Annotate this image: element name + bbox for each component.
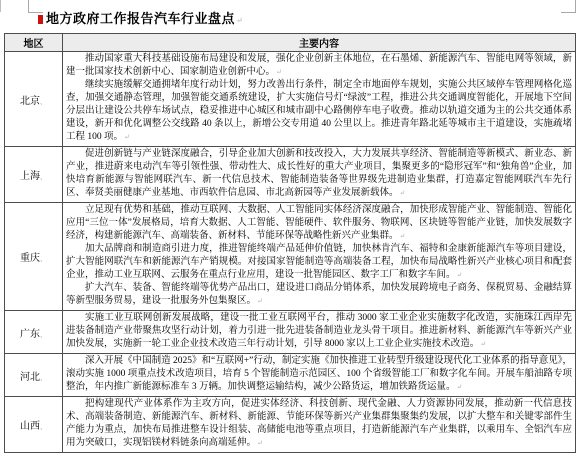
table-row-hebei: 河北、 深入开展《中国制造 2025》和“互联网+”行动，制定实施《加快推进工业… [5, 354, 576, 397]
content-cell: 推动国家重大科技基础设施布局建设和发展，强化企业创新主体地位，在石墨烯、新能源汽… [63, 52, 576, 147]
cell-mark-icon: 、 [40, 423, 47, 431]
region-cell: 河北、 [5, 354, 63, 397]
table-header-row: 地区 主要内容 [5, 34, 576, 52]
content-cell: 深入开展《中国制造 2025》和“互联网+”行动，制定实施《加快推进工业转型升级… [63, 354, 576, 397]
region-cell: 上海、 [5, 147, 63, 203]
page-title: 地方政府工作报告汽车行业盘点 [46, 11, 235, 26]
table-row-shanxi: 山西、 把构建现代产业体系作为主攻方向，促进实体经济、科技创新、现代金融、人力资… [5, 397, 576, 453]
document-title-row: 地方政府工作报告汽车行业盘点↵ [38, 11, 580, 29]
report-table: 地区 主要内容 北京、 推动国家重大科技基础设施布局建设和发展，强化企业创新主体… [4, 33, 576, 453]
content-paragraph: 实施工业互联网创新发展战略，建设一批工业互联网平台，推动 3000 家工业企业实… [66, 312, 572, 351]
cell-mark-icon: 、 [40, 331, 47, 339]
table-row-chongqing: 重庆、 立足现有优势和基础，推动互联网、大数据、人工智能同实体经济深度融合，加快… [5, 203, 576, 311]
page-edge-tick [0, 0, 1, 12]
page-corner-mark-left [28, 0, 43, 13]
paragraph-mark-icon: ↵ [236, 16, 243, 25]
page-corner-mark-right [561, 0, 576, 13]
table-row-beijing: 北京、 推动国家重大科技基础设施布局建设和发展，强化企业创新主体地位，在石墨烯、… [5, 52, 576, 147]
cell-mark-icon: 、 [40, 255, 47, 263]
cell-mark-icon: 、 [40, 98, 47, 106]
column-header-region: 地区 [5, 34, 63, 52]
column-header-content: 主要内容 [63, 34, 576, 52]
cell-mark-icon: 、 [40, 374, 47, 382]
content-paragraph: 把构建现代产业体系作为主攻方向，促进实体经济、科技创新、现代金融、人力资源协同发… [66, 398, 572, 450]
content-paragraph: 立足现有优势和基础，推动互联网、大数据、人工智能同实体经济深度融合，加快形成智能… [66, 204, 572, 243]
table-row-guangdong: 广东、 实施工业互联网创新发展战略，建设一批工业互联网平台，推动 3000 家工… [5, 311, 576, 354]
content-paragraph: 扩大汽车、装备、智能终端等优势产品出口，建设进口商品分销体系，加快发展跨境电子商… [66, 282, 572, 308]
region-cell: 北京、 [5, 52, 63, 147]
region-label: 河北 [20, 372, 40, 383]
content-cell: 实施工业互联网创新发展战略，建设一批工业互联网平台，推动 3000 家工业企业实… [63, 311, 576, 354]
region-label: 广东 [20, 329, 40, 340]
table-row-shanghai: 上海、 促进创新链与产业链深度融合，引导企业加大创新和技改投入，大力发展共享经济… [5, 147, 576, 203]
region-label: 上海 [20, 171, 40, 182]
region-cell: 广东、 [5, 311, 63, 354]
content-cell: 立足现有优势和基础，推动互联网、大数据、人工智能同实体经济深度融合，加快形成智能… [63, 203, 576, 311]
red-bullet-icon [38, 15, 43, 24]
region-label: 山西 [20, 421, 40, 432]
cell-mark-icon: 、 [40, 173, 47, 181]
region-label: 北京 [20, 96, 40, 107]
region-label: 重庆 [20, 253, 40, 264]
content-cell: 把构建现代产业体系作为主攻方向，促进实体经济、科技创新、现代金融、人力资源协同发… [63, 397, 576, 453]
region-cell: 山西、 [5, 397, 63, 453]
content-cell: 促进创新链与产业链深度融合，引导企业加大创新和技改投入，大力发展共享经济、智能制… [63, 147, 576, 203]
content-paragraph: 促进创新链与产业链深度融合，引导企业加大创新和技改投入，大力发展共享经济、智能制… [66, 148, 572, 200]
content-paragraph: 推动国家重大科技基础设施布局建设和发展，强化企业创新主体地位，在石墨烯、新能源汽… [66, 53, 572, 79]
content-paragraph: 继续实施缓解交通拥堵年度行动计划，努力改善出行条件，制定全市地面停车规划，实施公… [66, 79, 572, 144]
content-paragraph: 加大品牌商和制造商引进力度，推进智能终端产品延伸价值链，加快林肯汽车、福特和金康… [66, 243, 572, 282]
region-cell: 重庆、 [5, 203, 63, 311]
content-paragraph: 深入开展《中国制造 2025》和“互联网+”行动，制定实施《加快推进工业转型升级… [66, 355, 572, 394]
